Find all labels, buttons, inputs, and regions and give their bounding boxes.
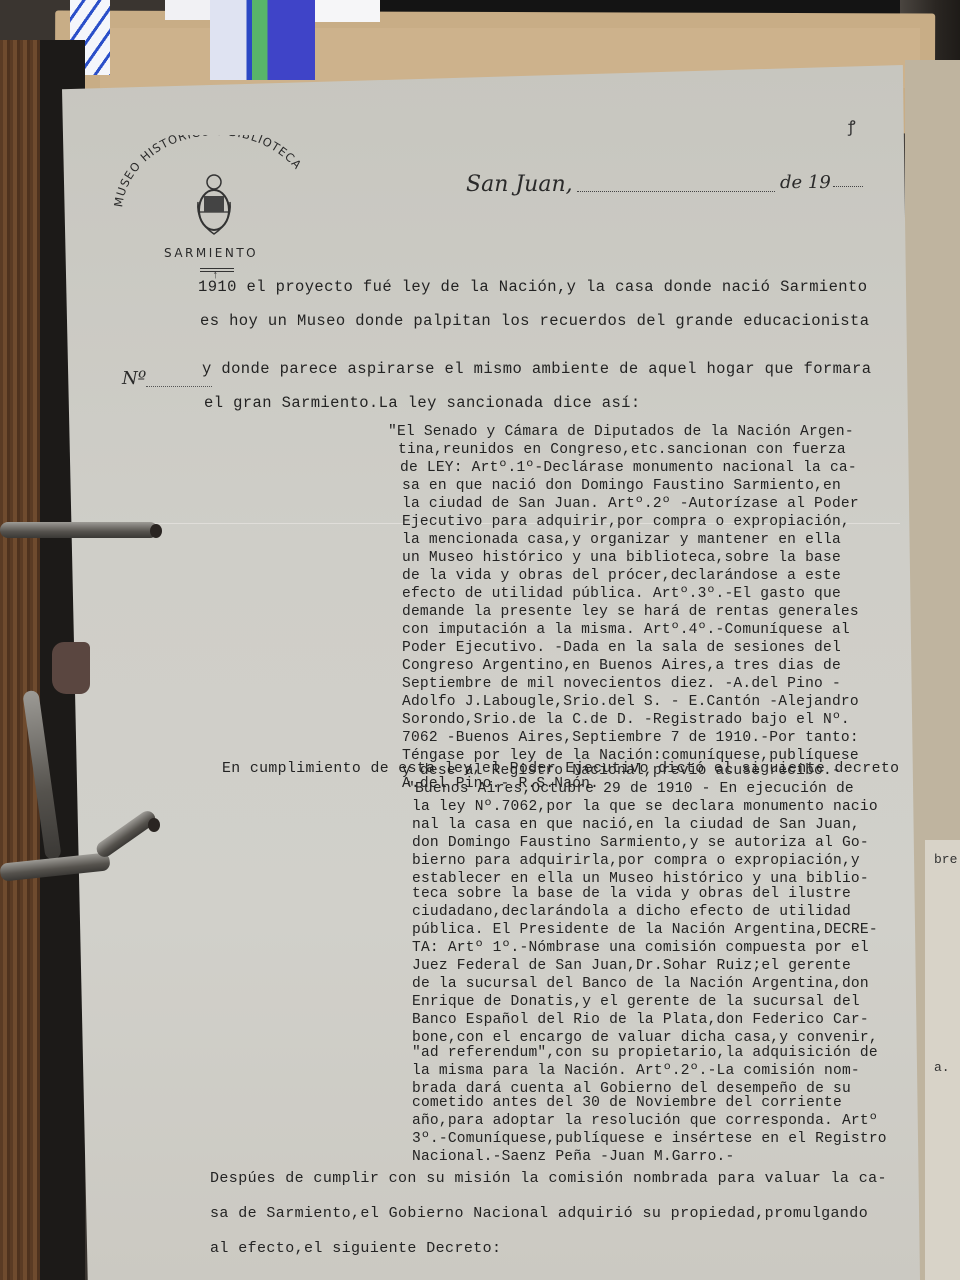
number-fill-line: [146, 386, 212, 387]
law-line: 7062 -Buenos Aires,Septiembre 7 de 1910.…: [402, 730, 859, 746]
decree-line: Banco Español del Rio de la Plata,don Fe…: [412, 1012, 869, 1028]
binder-clasp: [52, 642, 90, 694]
binder-ring-upper: [0, 522, 158, 538]
law-line: la ciudad de San Juan. Artº.2º -Autoríza…: [402, 496, 859, 512]
decree-line: establecer en ella un Museo histórico y …: [412, 871, 869, 887]
intro-line: el gran Sarmiento.La ley sancionada dice…: [204, 394, 641, 412]
decree-line: nal la casa en que nació,en la ciudad de…: [412, 817, 860, 833]
closing-line: Despúes de cumplir con su misión la comi…: [210, 1170, 887, 1187]
law-line: tina,reunidos en Congreso,etc.sancionan …: [398, 442, 846, 458]
pen-mark: ꝭ: [848, 115, 856, 137]
closing-line: al efecto,el siguiente Decreto:: [210, 1240, 501, 1257]
law-line: la mencionada casa,y organizar y mantene…: [402, 532, 841, 548]
place-label: San Juan,: [466, 172, 573, 197]
intro-line: y donde parece aspirarse el mismo ambien…: [202, 360, 871, 378]
decree-line: Juez Federal de San Juan,Dr.Sohar Ruiz;e…: [412, 958, 851, 974]
law-line: Septiembre de mil novecientos diez. -A.d…: [402, 676, 841, 692]
decree-line: de la sucursal del Banco de la Nación Ar…: [412, 976, 869, 992]
punch-hole-upper: [150, 524, 162, 538]
decree-line: bone,con el encargo de valuar dicha casa…: [412, 1030, 878, 1046]
law-line: con imputación a la misma. Artº.4º.-Comu…: [402, 622, 850, 638]
adjacent-sheet-text: bre: [934, 852, 957, 867]
intro-line: 1910 el proyecto fué ley de la Nación,y …: [198, 278, 867, 296]
argentine-coat-of-arms-icon: [194, 172, 234, 236]
decree-line: "ad referendum",con su propietario,la ad…: [412, 1045, 878, 1061]
transition-line: En cumplimiento de esta ley,el Poder Eje…: [222, 761, 899, 777]
decree-line: la misma para la Nación. Artº.2º.-La com…: [412, 1063, 860, 1079]
law-line: de la vida y obras del prócer,declarándo…: [402, 568, 841, 584]
law-line: sa en que nació don Domingo Faustino Sar…: [402, 478, 841, 494]
decree-line: la ley Nº.7062,por la que se declara mon…: [412, 799, 878, 815]
law-line: Poder Ejecutivo. -Dada en la sala de ses…: [402, 640, 841, 656]
decree-line: pública. El Presidente de la Nación Arge…: [412, 922, 878, 938]
date-fill-line: [577, 191, 775, 192]
law-line: demande la presente ley se hará de renta…: [402, 604, 859, 620]
decree-line: Enrique de Donatis,y el gerente de la su…: [412, 994, 860, 1010]
decree-line: Nacional.-Saenz Peña -Juan M.Garro.-: [412, 1149, 734, 1165]
law-line: Adolfo J.Labougle,Srio.del S. - E.Cantón…: [402, 694, 859, 710]
law-line: "El Senado y Cámara de Diputados de la N…: [388, 424, 854, 440]
decree-line: 3º.-Comuníquese,publíquese e insértese e…: [412, 1131, 887, 1147]
white-paper-tab: [165, 0, 210, 20]
decree-line: don Domingo Faustino Sarmiento,y se auto…: [412, 835, 869, 851]
law-line: Congreso Argentino,en Buenos Aires,a tre…: [402, 658, 841, 674]
law-line: un Museo histórico y una biblioteca,sobr…: [402, 550, 841, 566]
law-line: Ejecutivo para adquirir,por compra o exp…: [402, 514, 850, 530]
law-line: Sorondo,Srio.de la C.de D. -Registrado b…: [402, 712, 850, 728]
institution-name: SARMIENTO: [164, 246, 258, 260]
decree-line: teca sobre la base de la vida y obras de…: [412, 886, 851, 902]
colored-notes-tab: [210, 0, 315, 80]
date-year-prefix: de 19: [780, 172, 831, 193]
decree-line: bierno para adquirirla,por compra o expr…: [412, 853, 860, 869]
decree-line: TA: Artº 1º.-Nómbrase una comisión compu…: [412, 940, 869, 956]
decree-line: cometido antes del 30 de Noviembre del c…: [412, 1095, 842, 1111]
law-line: efecto de utilidad pública. Artº.3º.-El …: [402, 586, 841, 602]
decree-line: "Buenos Aires,Octubre 29 de 1910 - En ej…: [406, 781, 854, 797]
intro-line: es hoy un Museo donde palpitan los recue…: [200, 312, 869, 330]
number-label: Nº: [122, 368, 146, 389]
decree-line: ciudadano,declarándola a dicho efecto de…: [412, 904, 851, 920]
punch-hole-lower: [148, 818, 160, 832]
white-paper-tab-2: [315, 0, 380, 22]
year-fill-line: [833, 186, 863, 187]
law-line: de LEY: Artº.1º-Declárase monumento naci…: [400, 460, 857, 476]
closing-line: sa de Sarmiento,el Gobierno Nacional adq…: [210, 1205, 868, 1222]
decree-line: año,para adoptar la resolución que corre…: [412, 1113, 878, 1129]
adjacent-sheet-text: a.: [934, 1060, 950, 1075]
